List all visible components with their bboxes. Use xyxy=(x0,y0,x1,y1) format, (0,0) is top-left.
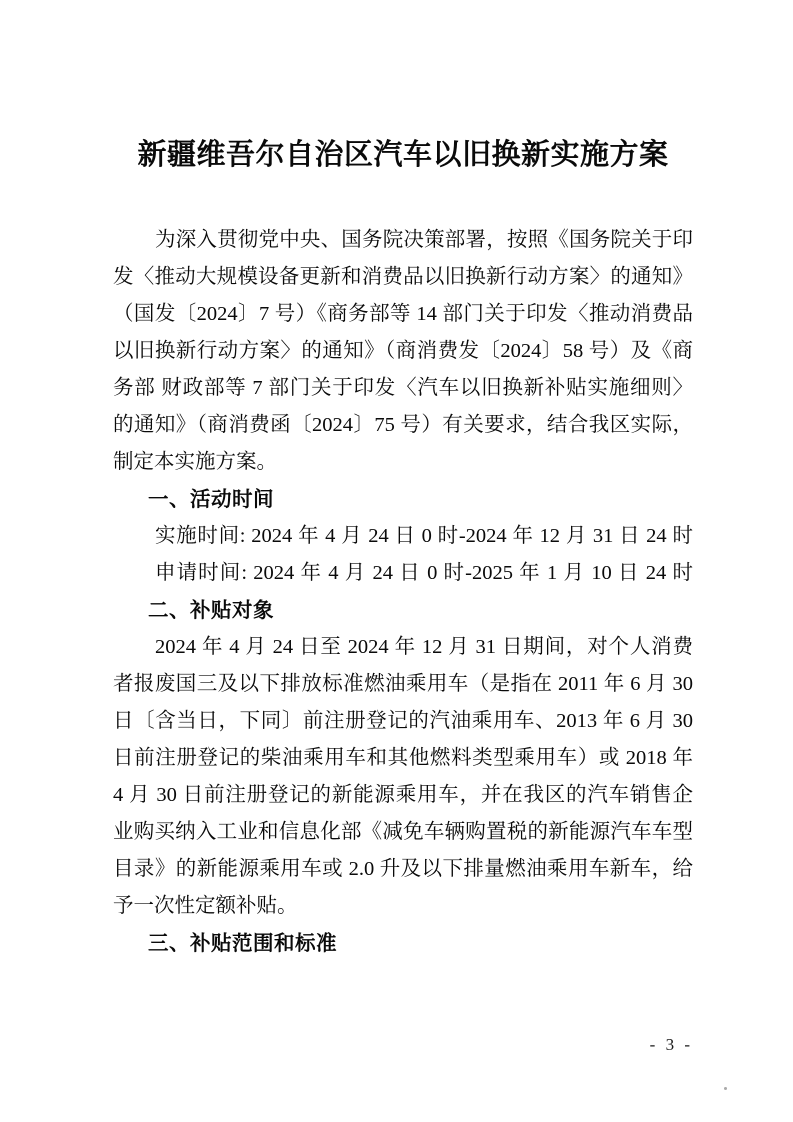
section-heading-activity-time: 一、活动时间 xyxy=(113,481,693,518)
text-line: 业购买纳入工业和信息化部《减免车辆购置税的新能源汽车车型 xyxy=(113,814,693,851)
document-title: 新疆维吾尔自治区汽车以旧换新实施方案 xyxy=(113,134,693,176)
text-line: 日〔含当日，下同〕前注册登记的汽油乘用车、2013 年 6 月 30 xyxy=(113,703,693,740)
text-line: 制定本实施方案。 xyxy=(113,444,693,481)
page-number: - 3 - xyxy=(113,1033,693,1057)
text-line: 务部 财政部等 7 部门关于印发〈汽车以旧换新补贴实施细则〉 xyxy=(113,370,693,407)
text-line: 的通知》（商消费函〔2024〕75 号）有关要求，结合我区实际， xyxy=(113,407,693,444)
section-heading-subsidy-scope: 三、补贴范围和标准 xyxy=(113,925,693,962)
scan-artifact-dot xyxy=(724,1087,727,1090)
text-line: 予一次性定额补贴。 xyxy=(113,888,693,925)
document-page: 新疆维吾尔自治区汽车以旧换新实施方案 为深入贯彻党中央、国务院决策部署，按照《国… xyxy=(0,0,793,1122)
text-line: （国发〔2024〕7 号）《商务部等 14 部门关于印发〈推动消费品 xyxy=(113,296,693,333)
text-line: 申请时间: 2024 年 4 月 24 日 0 时-2025 年 1 月 10 … xyxy=(113,555,693,592)
text-line: 2024 年 4 月 24 日至 2024 年 12 月 31 日期间，对个人消… xyxy=(113,629,693,666)
text-line: 日前注册登记的柴油乘用车和其他燃料类型乘用车）或 2018 年 xyxy=(113,740,693,777)
section-heading-subsidy-target: 二、补贴对象 xyxy=(113,592,693,629)
document-body: 为深入贯彻党中央、国务院决策部署，按照《国务院关于印 发〈推动大规模设备更新和消… xyxy=(113,222,693,962)
text-line: 为深入贯彻党中央、国务院决策部署，按照《国务院关于印 xyxy=(113,222,693,259)
text-line: 发〈推动大规模设备更新和消费品以旧换新行动方案〉的通知》 xyxy=(113,259,693,296)
text-line: 目录》的新能源乘用车或 2.0 升及以下排量燃油乘用车新车，给 xyxy=(113,851,693,888)
text-line: 实施时间: 2024 年 4 月 24 日 0 时-2024 年 12 月 31… xyxy=(113,518,693,555)
text-line: 4 月 30 日前注册登记的新能源乘用车，并在我区的汽车销售企 xyxy=(113,777,693,814)
text-line: 以旧换新行动方案〉的通知》（商消费发〔2024〕58 号）及《商 xyxy=(113,333,693,370)
text-line: 者报废国三及以下排放标准燃油乘用车（是指在 2011 年 6 月 30 xyxy=(113,666,693,703)
